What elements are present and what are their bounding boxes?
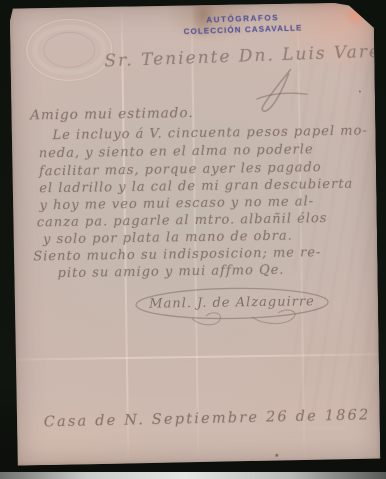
collection-stamp: AUTÓGRAFOS COLECCIÓN CASAVALLE [180,11,307,37]
signature-name: Manl. J. de Alzaguirre [132,294,332,312]
speck [275,454,278,457]
dateline: Casa de N. Septiembre 26 de 1862 [44,407,371,430]
table-edge-strip [0,472,386,479]
rubric-flourish-icon [251,65,314,114]
letter-paper: AUTÓGRAFOS COLECCIÓN CASAVALLE Sr. Tenie… [10,2,381,465]
speck [359,91,361,93]
closing-line: pito su amigo y mui affmo Qe. [57,262,284,282]
scan-mat: AUTÓGRAFOS COLECCIÓN CASAVALLE Sr. Tenie… [0,0,386,479]
ink-bleedthrough [290,62,375,413]
corner-stain [346,6,366,28]
signature-block: Manl. J. de Alzaguirre [132,283,333,328]
salutation-line: Amigo mui estimado. [30,105,194,123]
